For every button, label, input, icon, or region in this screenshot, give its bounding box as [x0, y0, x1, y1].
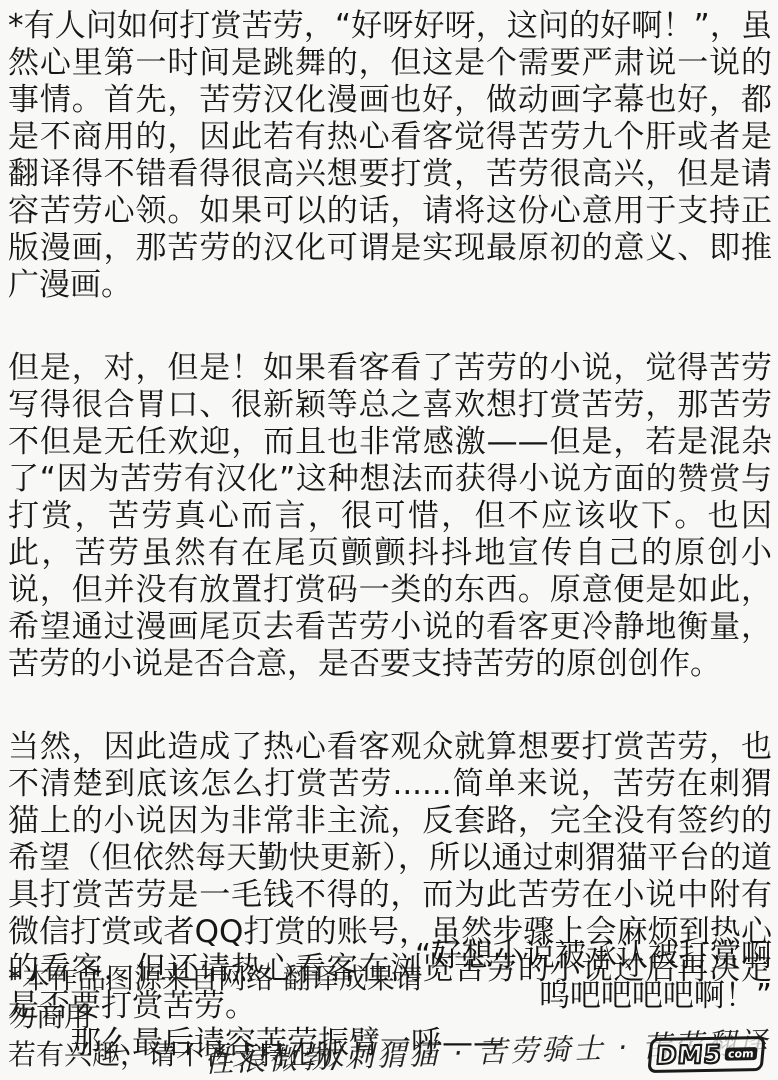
dm5-watermark-label: DM5 — [655, 1040, 724, 1070]
author-shout-quote: “好想小说被承认被打赏啊 呜吧吧吧吧啊！” — [402, 936, 772, 1016]
body-paragraph-2: 但是，对，但是！如果看客看了苦劳的小说，觉得苦劳写得很合胃口、很新颖等总之喜欢想… — [8, 350, 772, 683]
scanlation-notes-page: *有人问如何打赏苦劳，“好呀好呀，这问的好啊！”，虽然心里第一时间是跳舞的，但这… — [0, 0, 778, 1080]
dm5-watermark-suffix: com — [725, 1047, 758, 1061]
dm5-watermark: DM5 com — [648, 1036, 766, 1073]
shout-line-2: 呜吧吧吧吧啊！” — [402, 976, 772, 1016]
shout-line-1: “好想小说被承认被打赏啊 — [402, 936, 772, 976]
translator-notes-body: *有人问如何打赏苦劳，“好呀好呀，这问的好啊！”，虽然心里第一时间是跳舞的，但这… — [8, 8, 772, 1062]
disclaimer-line-1: *本作品图源来自网络 翻译成果请勿商用 — [8, 960, 438, 1036]
body-paragraph-1: *有人问如何打赏苦劳，“好呀好呀，这问的好啊！”，虽然心里第一时间是跳舞的，但这… — [8, 8, 772, 304]
